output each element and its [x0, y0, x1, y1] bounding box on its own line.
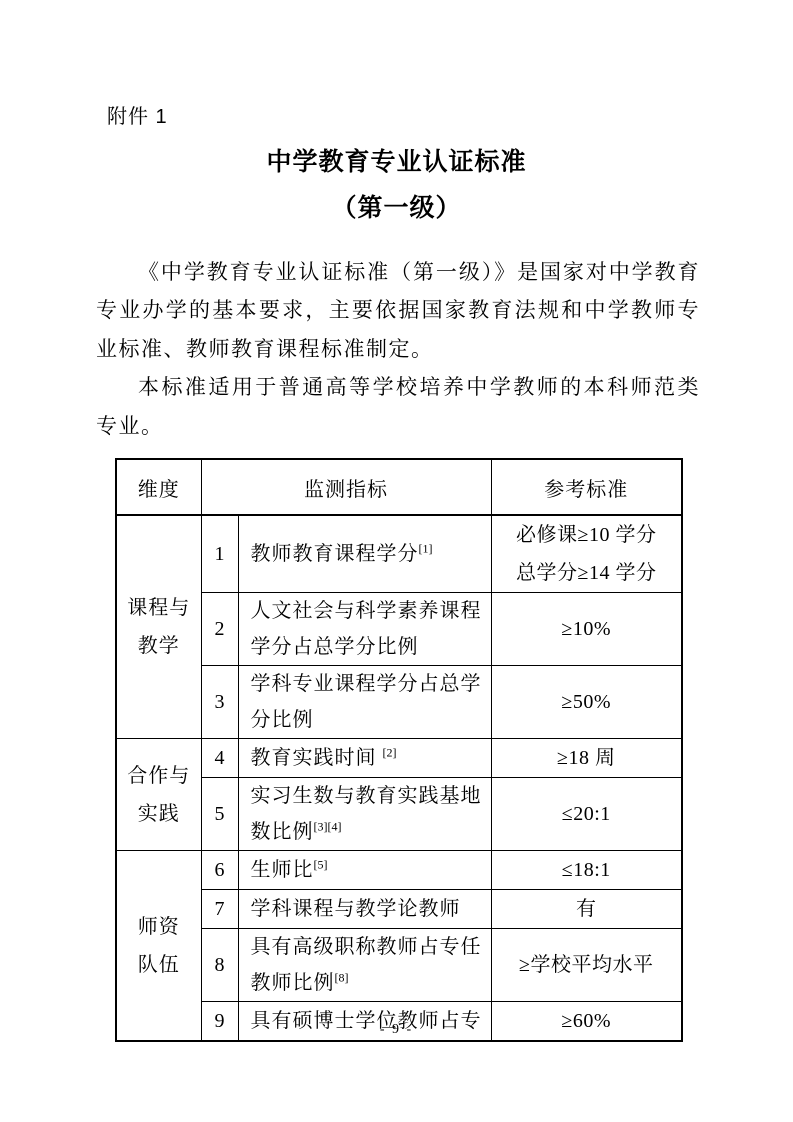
document-title: 中学教育专业认证标准 — [0, 142, 793, 178]
document-subtitle: （第一级） — [0, 188, 793, 224]
row-number: 8 — [201, 929, 238, 1002]
dimension-faculty: 师资 队伍 — [116, 851, 201, 1042]
row-number: 2 — [201, 593, 238, 666]
footnote-marker: [3][4] — [314, 819, 342, 833]
indicator-cell: 教育实践时间 [2] — [238, 739, 491, 778]
body-text: 《中学教育专业认证标准（第一级）》是国家对中学教育专业办学的基本要求，主要依据国… — [96, 253, 700, 445]
indicator-cell: 生师比[5] — [238, 851, 491, 890]
indicator-text: 学科课程与教学论教师 — [251, 898, 461, 920]
reference-cell: ≥学校平均水平 — [491, 929, 682, 1002]
row-number: 5 — [201, 778, 238, 851]
indicator-text: 人文社会与科学素养课程学分占总学分比例 — [251, 600, 482, 658]
reference-cell: 有 — [491, 890, 682, 929]
indicator-text: 学科专业课程学分占总学分比例 — [251, 673, 482, 731]
dimension-curriculum-teaching: 课程与 教学 — [116, 515, 201, 739]
table-header-row: 维度 监测指标 参考标准 — [116, 459, 682, 515]
reference-cell: ≥50% — [491, 666, 682, 739]
footnote-marker: [8] — [335, 970, 349, 984]
indicator-cell: 具有高级职称教师占专任教师比例[8] — [238, 929, 491, 1002]
header-reference: 参考标准 — [491, 459, 682, 515]
reference-cell: ≤18:1 — [491, 851, 682, 890]
attachment-label: 附件 1 — [107, 100, 168, 129]
row-number: 6 — [201, 851, 238, 890]
indicator-cell: 教师教育课程学分[1] — [238, 515, 491, 593]
row-number: 3 — [201, 666, 238, 739]
indicator-text: 具有高级职称教师占专任教师比例 — [251, 936, 482, 994]
reference-cell: ≤20:1 — [491, 778, 682, 851]
dimension-cooperation-practice: 合作与 实践 — [116, 739, 201, 851]
table-row: 课程与 教学 1 教师教育课程学分[1] 必修课≥10 学分 总学分≥14 学分 — [116, 515, 682, 593]
row-number: 1 — [201, 515, 238, 593]
footnote-marker: [1] — [419, 541, 433, 555]
reference-cell: ≥10% — [491, 593, 682, 666]
document-page: 附件 1 中学教育专业认证标准 （第一级） 《中学教育专业认证标准（第一级）》是… — [0, 0, 793, 1122]
table-row: 7 学科课程与教学论教师 有 — [116, 890, 682, 929]
indicator-text: 教师教育课程学分 — [251, 543, 419, 565]
table-row: 合作与 实践 4 教育实践时间 [2] ≥18 周 — [116, 739, 682, 778]
table-row: 5 实习生数与教育实践基地数比例[3][4] ≤20:1 — [116, 778, 682, 851]
indicator-text: 教育实践时间 — [251, 747, 383, 769]
indicator-cell: 学科专业课程学分占总学分比例 — [238, 666, 491, 739]
indicator-cell: 人文社会与科学素养课程学分占总学分比例 — [238, 593, 491, 666]
table-row: 8 具有高级职称教师占专任教师比例[8] ≥学校平均水平 — [116, 929, 682, 1002]
table-row: 2 人文社会与科学素养课程学分占总学分比例 ≥10% — [116, 593, 682, 666]
reference-cell: ≥18 周 — [491, 739, 682, 778]
indicator-text: 生师比 — [251, 859, 314, 881]
row-number: 4 — [201, 739, 238, 778]
table-row: 师资 队伍 6 生师比[5] ≤18:1 — [116, 851, 682, 890]
paragraph-scope: 本标准适用于普通高等学校培养中学教师的本科师范类专业。 — [96, 368, 700, 445]
footnote-marker: [5] — [314, 857, 328, 871]
footnote-marker: [2] — [383, 745, 397, 759]
indicator-cell: 实习生数与教育实践基地数比例[3][4] — [238, 778, 491, 851]
header-indicator: 监测指标 — [201, 459, 491, 515]
row-number: 7 — [201, 890, 238, 929]
reference-cell: 必修课≥10 学分 总学分≥14 学分 — [491, 515, 682, 593]
paragraph-intro: 《中学教育专业认证标准（第一级）》是国家对中学教育专业办学的基本要求，主要依据国… — [96, 253, 700, 368]
header-dimension: 维度 — [116, 459, 201, 515]
indicator-cell: 学科课程与教学论教师 — [238, 890, 491, 929]
standards-table: 维度 监测指标 参考标准 课程与 教学 1 教师教育课程学分[1] 必修课≥10… — [115, 458, 683, 1042]
page-number: - 9 - — [0, 1022, 793, 1038]
table-row: 3 学科专业课程学分占总学分比例 ≥50% — [116, 666, 682, 739]
indicator-text: 实习生数与教育实践基地数比例 — [251, 785, 482, 843]
